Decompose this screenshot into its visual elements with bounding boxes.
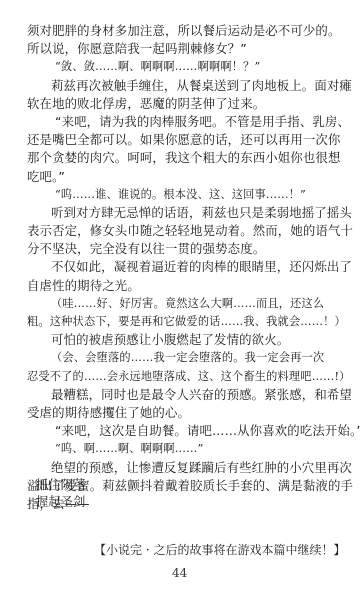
choice-list: · 抓住阴茎 · 握起圣剑 <box>28 476 85 510</box>
page-number: 44 <box>172 566 187 580</box>
dialogue-line: “呜……谁、谁说的。根本没、这、这回事……！” <box>27 186 333 204</box>
text-line: 软在地的败北俘虏，恶魔的阴茎伸了过来。 <box>27 95 333 113</box>
text-line: 还是嘴巴全都可以。如果你愿意的话，还可以再用一次你 <box>27 131 333 149</box>
dialogue-line: “呜、啊……啊、啊啊啊……” <box>27 440 333 458</box>
text-line: 那个贪婪的肉穴。呵呵，我这个粗大的东西小姐你也很想 <box>27 149 333 167</box>
text-line: 绝望的预感，让惨遭反复蹂躏后有些红肿的小穴里再次 <box>27 459 333 477</box>
text-line: 吃吧。” <box>27 168 333 186</box>
thought-line: 忍受不了的……会永远地堕落成、这、这个畜生的料理吧……!） <box>27 368 333 386</box>
text-line: 须对肥胖的身材多加注意，所以餐后运动是必不可少的。 <box>27 22 333 40</box>
document-body: 须对肥胖的身材多加注意，所以餐后运动是必不可少的。 所以说，你愿意陪我一起吗荆棘… <box>27 22 333 513</box>
text-line: 所以说，你愿意陪我一起吗荆棘修女？” <box>27 40 333 58</box>
end-note: 【小说完 · 之后的故事将在游戏本篇中继续！】 <box>94 541 345 558</box>
text-line: 表示否定，修女头巾随之轻轻地晃动着。然而，她的语气十 <box>27 222 333 240</box>
text-line: 分不坚决，完全没有以往一贯的强势态度。 <box>27 240 333 258</box>
dialogue-line: “来吧，这次是自助餐。请吧……从你喜欢的吃法开始。” <box>27 422 333 440</box>
text-line: 不仅如此，凝视着逼近着的肉棒的眼睛里，还闪烁出了 <box>27 258 333 276</box>
choice-item: · 握起圣剑 <box>28 493 85 510</box>
text-line: 受虐的期待感攫住了她的心。 <box>27 404 333 422</box>
dialogue-line: “敛、敛……啊、啊啊啊……啊啊啊！？” <box>27 58 333 76</box>
text-line: 最糟糕，同时也是最令人兴奋的预感。紧张感，和希望 <box>27 386 333 404</box>
choice-item: · 抓住阴茎 <box>28 476 85 493</box>
text-line: 听到对方肆无忌惮的话语，莉兹也只是柔弱地摇了摇头 <box>27 204 333 222</box>
text-line: 可怕的被虐预感让小腹燃起了发情的欲火。 <box>27 331 333 349</box>
text-line: 自虐性的期待之光。 <box>27 277 333 295</box>
thought-line: （哇……好、好厉害。竟然这么大啊……而且，还这么 <box>27 295 333 313</box>
thought-line: （会、会堕落的……我一定会堕落的。我一定会再一次 <box>27 349 333 367</box>
text-line: 莉兹再次被触手缠住，从餐桌送到了肉地板上。面对瘫 <box>27 77 333 95</box>
dialogue-line: “来吧，请为我的肉棒服务吧。不管是用手指、乳房、 <box>27 113 333 131</box>
thought-line: 粗。这种状态下，要是再和它做爱的话……我、我就会……！） <box>27 313 333 331</box>
